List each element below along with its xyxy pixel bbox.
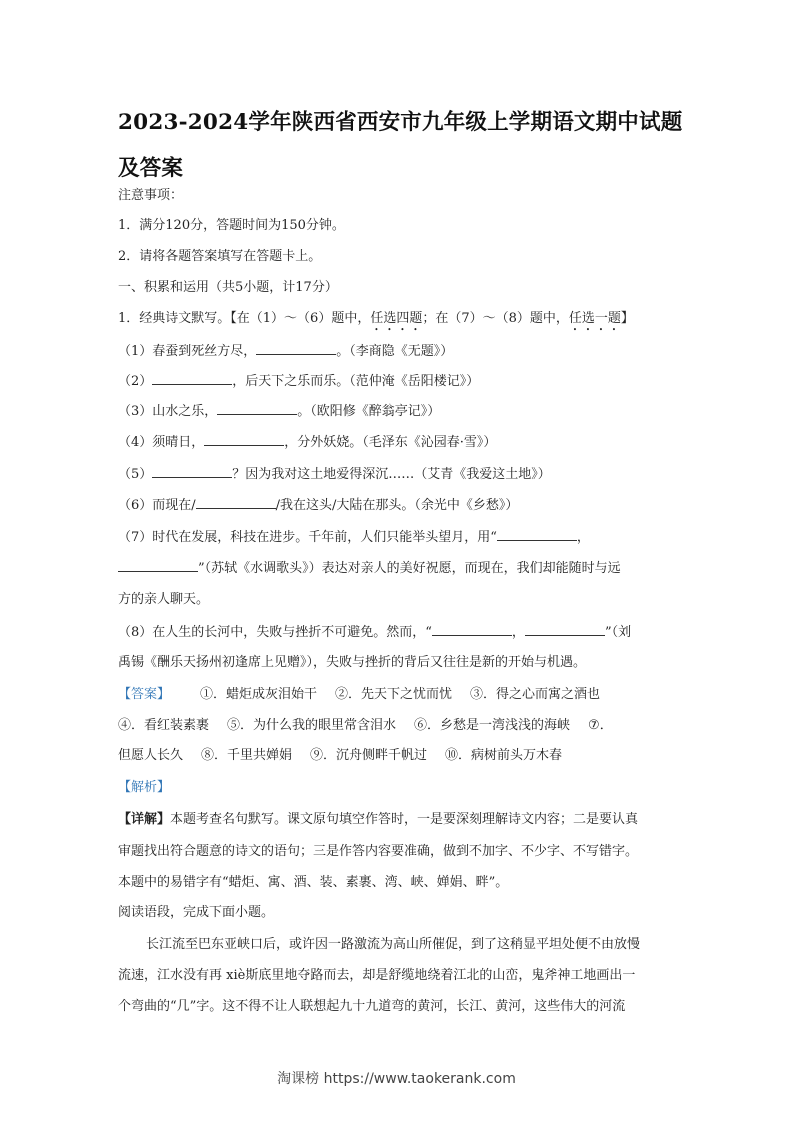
fill-blank (497, 528, 577, 541)
answer-item: ⑩．病树前头万木春 (445, 748, 562, 763)
fill-blank (432, 623, 512, 636)
item-text: （5） (118, 467, 152, 482)
item-text: （1）春蚕到死丝方尽， (118, 344, 256, 359)
answer-row: ④．看红装素裹⑤．为什么我的眼里常含泪水⑥．乡愁是一湾浅浅的海峡⑦． (118, 716, 613, 736)
passage-line: 流速，江水没有再 xiè斯底里地夺路而去，却是舒缆地绕着江北的山峦，鬼斧神工地画… (118, 966, 635, 986)
emphasis-text: 任选一题 (569, 311, 621, 326)
reading-instruction: 阅读语段，完成下面小题。 (118, 903, 274, 923)
item-text: ？因为我对这土地爱得深沉……（艾青《我爱这土地》） (232, 467, 551, 482)
question-stem: 1．经典诗文默写。【在（1）～（6）题中，任选四题；在（7）～（8）题中，任选一… (118, 309, 634, 334)
item-text: 。（李商隐《无题》） (336, 344, 453, 359)
fill-blank (256, 342, 336, 355)
analysis-text: 审题找出符合题意的诗文的语句；三是作答内容要准确，做到不加字、不少字、不写错字。 (118, 842, 638, 862)
answer-item: ⑦． (588, 718, 613, 733)
fill-blank (217, 402, 297, 415)
item-text: （7）时代在发展，科技在进步。千年前，人们只能举头望月，用“ (118, 530, 497, 545)
item-text: ， (577, 530, 590, 545)
note-item: 2．请将各题答案填写在答题卡上。 (118, 247, 321, 267)
note-item: 1．满分120分，答题时间为150分钟。 (118, 216, 345, 236)
answer-item: ①．蜡炬成灰泪始干 (200, 687, 317, 702)
passage-line: 长江流至巴东亚峡口后，或许因一路激流为高山所催促，到了这稍显平坦处便不由放慢 (146, 935, 640, 955)
answer-item: ⑨．沉舟侧畔千帆过 (310, 748, 427, 763)
notes-heading: 注意事项： (118, 186, 183, 206)
fill-blank (152, 372, 232, 385)
question-item-7-cont: ”（苏轼《水调歌头》）表达对亲人的美好祝愿，而现在，我们却能随时与远 (118, 559, 621, 579)
fill-blank (152, 465, 232, 478)
answer-item: ④．看红装素裹 (118, 718, 209, 733)
analysis-text: 本题考查名句默写。课文原句填空作答时，一是要深刻理解诗文内容；二是要认真 (170, 812, 638, 827)
stem-prefix: 1．经典诗文默写。【在（1）～（6）题中， (118, 311, 370, 326)
question-item-7-cont: 方的亲人聊天。 (118, 590, 209, 610)
analysis-label: 【解析】 (118, 778, 170, 798)
item-text: ， (512, 625, 525, 640)
item-text: 。（欧阳修《醉翁亭记》） (297, 404, 440, 419)
item-text: /我在这头/大陆在那头。（余光中《乡愁》） (276, 498, 519, 513)
question-item: （2），后天下之乐而乐。（范仲淹《岳阳楼记》） (118, 372, 479, 392)
question-item: （3）山水之乐，。（欧阳修《醉翁亭记》） (118, 402, 440, 422)
fill-blank (525, 623, 605, 636)
question-item-8: （8）在人生的长河中，失败与挫折不可避免。然而，“，”（刘 (118, 623, 631, 643)
item-text: （6）而现在/ (118, 498, 196, 513)
item-text: ，分外妖娆。（毛泽东《沁园春·雪》） (284, 435, 496, 450)
stem-suffix: 】 (621, 311, 634, 326)
item-text: （8）在人生的长河中，失败与挫折不可避免。然而，“ (118, 625, 432, 640)
item-text: ”（刘 (605, 625, 631, 640)
item-text: （4）须晴日， (118, 435, 204, 450)
question-item-8-cont: 禹锡《酬乐天扬州初逢席上见赠》），失败与挫折的背后又往往是新的开始与机遇。 (118, 653, 586, 673)
answer-item: ②．先天下之忧而忧 (335, 687, 452, 702)
question-item-7: （7）时代在发展，科技在进步。千年前，人们只能举头望月，用“， (118, 528, 590, 548)
fill-blank (196, 496, 276, 509)
answer-row: 但愿人长久⑧．千里共婵娟⑨．沉舟侧畔千帆过⑩．病树前头万木春 (118, 746, 562, 766)
question-item: （6）而现在//我在这头/大陆在那头。（余光中《乡愁》） (118, 496, 518, 516)
fill-blank (204, 433, 284, 446)
answer-item: ⑥．乡愁是一湾浅浅的海峡 (414, 718, 570, 733)
answer-item: ⑧．千里共婵娟 (201, 748, 292, 763)
item-text: ，后天下之乐而乐。（范仲淹《岳阳楼记》） (232, 374, 479, 389)
answer-item: ③．得之心而寓之酒也 (470, 687, 600, 702)
passage-line: 个弯曲的“几”字。这不得不让人联想起九十九道弯的黄河，长江、黄河，这些伟大的河流 (118, 997, 625, 1017)
fill-blank (118, 559, 198, 572)
answer-item: 但愿人长久 (118, 748, 183, 763)
answer-item: ⑤．为什么我的眼里常含泪水 (227, 718, 396, 733)
stem-mid: ；在（7）～（8）题中， (422, 311, 569, 326)
emphasis-text: 任选四题 (370, 311, 422, 326)
analysis-detail: 【详解】本题考查名句默写。课文原句填空作答时，一是要深刻理解诗文内容；二是要认真 (118, 810, 638, 830)
detail-label: 【详解】 (118, 812, 170, 827)
item-text: （2） (118, 374, 152, 389)
analysis-text: 本题中的易错字有“蜡炬、寓、酒、装、素裹、湾、峡、婵娟、畔”。 (118, 873, 508, 893)
item-text: ”（苏轼《水调歌头》）表达对亲人的美好祝愿，而现在，我们却能随时与远 (198, 561, 621, 576)
footer-watermark: 淘课榜 https://www.taokerank.com (0, 1068, 793, 1088)
document-title: 2023-2024学年陕西省西安市九年级上学期语文期中试题及答案 (118, 100, 688, 192)
question-item: （4）须晴日，，分外妖娆。（毛泽东《沁园春·雪》） (118, 433, 496, 453)
item-text: （3）山水之乐， (118, 404, 217, 419)
question-item: （5）？因为我对这土地爱得深沉……（艾青《我爱这土地》） (118, 465, 551, 485)
answer-row: 【答案】①．蜡炬成灰泪始干②．先天下之忧而忧③．得之心而寓之酒也 (118, 685, 600, 705)
section-heading: 一、积累和运用（共5小题，计17分） (118, 278, 338, 298)
question-item: （1）春蚕到死丝方尽，。（李商隐《无题》） (118, 342, 453, 362)
answer-label: 【答案】 (118, 687, 170, 702)
